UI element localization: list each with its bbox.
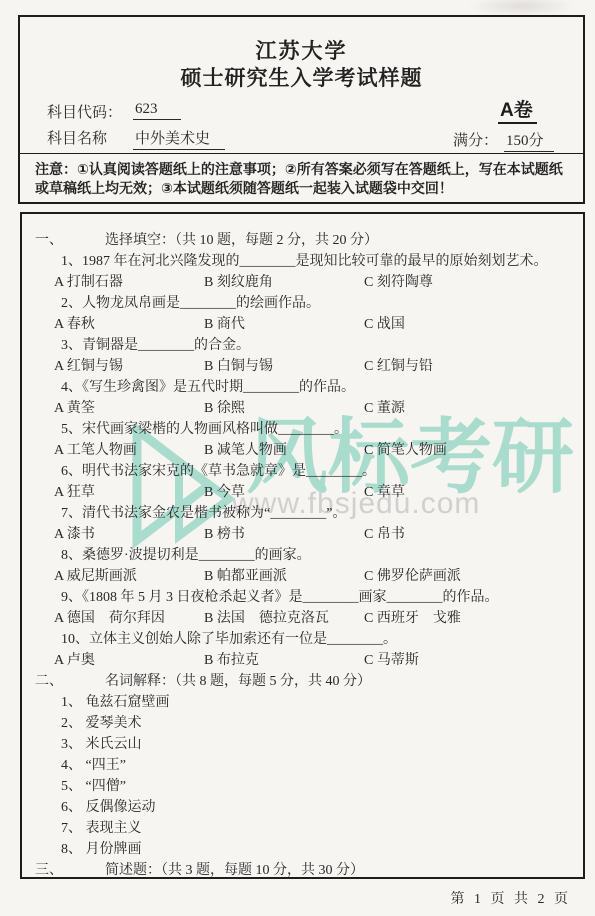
option-a: A 漆书 [54, 524, 204, 545]
option-c: C 刻符陶尊 [364, 272, 433, 293]
option-row: A 狂草B 今草C 章草 [22, 482, 583, 503]
option-a: A 德国 荷尔拜因 [54, 608, 204, 629]
option-c: C 马蒂斯 [364, 650, 419, 671]
option-c: C 红铜与铅 [364, 356, 433, 377]
option-c: C 佛罗伦萨画派 [364, 566, 461, 587]
full-score-label: 满分： [453, 129, 498, 150]
subject-name-label: 科目名称 [47, 127, 107, 148]
subject-code-label: 科目代码： [47, 101, 122, 122]
full-score-value: 150分 [504, 129, 554, 152]
exam-header-box: 江苏大学 硕士研究生入学考试样题 科目代码： 623 A卷 科目名称 中外美术史… [18, 15, 585, 204]
university-name: 江苏大学 [20, 35, 583, 65]
question-text: 8、桑德罗·波提切利是________的画家。 [22, 545, 583, 566]
page-footer: 第 1 页 共 2 页 [451, 888, 572, 908]
option-row: A 工笔人物画B 减笔人物画C 简笔人物画 [22, 440, 583, 461]
option-row: A 黄筌B 徐熙C 董源 [22, 398, 583, 419]
term-item: 8、 月份牌画 [22, 839, 583, 860]
section-number: 一、 [35, 230, 105, 251]
question-text: 6、明代书法家宋克的《草书急就章》是________。 [22, 461, 583, 482]
option-a: A 打制石器 [54, 272, 204, 293]
exam-paper-page: 江苏大学 硕士研究生入学考试样题 科目代码： 623 A卷 科目名称 中外美术史… [0, 0, 595, 916]
option-a: A 红铜与锡 [54, 356, 204, 377]
question-text: 7、清代书法家金农是楷书被称为“________”。 [22, 503, 583, 524]
option-row: A 卢奥B 布拉克C 马蒂斯 [22, 650, 583, 671]
question-text: 10、立体主义创始人除了毕加索还有一位是________。 [22, 629, 583, 650]
option-a: A 狂草 [54, 482, 204, 503]
option-b: B 榜书 [204, 524, 364, 545]
option-b: B 帕都亚画派 [204, 566, 364, 587]
option-row: A 漆书B 榜书C 帛书 [22, 524, 583, 545]
option-row: A 德国 荷尔拜因B 法国 德拉克洛瓦C 西班牙 戈雅 [22, 608, 583, 629]
option-row: A 威尼斯画派B 帕都亚画派C 佛罗伦萨画派 [22, 566, 583, 587]
option-c: C 战国 [364, 314, 405, 335]
option-b: B 刻纹鹿角 [204, 272, 364, 293]
question-text: 1、1987 年在河北兴隆发现的________是现知比较可靠的最早的原始刻划艺… [22, 251, 583, 272]
term-item: 7、 表现主义 [22, 818, 583, 839]
option-a: A 卢奥 [54, 650, 204, 671]
scan-smudge [467, 0, 577, 16]
option-a: A 春秋 [54, 314, 204, 335]
option-c: C 简笔人物画 [364, 440, 447, 461]
option-c: C 帛书 [364, 524, 405, 545]
option-a: A 威尼斯画派 [54, 566, 204, 587]
term-item: 1、 龟兹石窟壁画 [22, 692, 583, 713]
option-row: A 红铜与锡B 白铜与锡C 红铜与铅 [22, 356, 583, 377]
subject-name-value: 中外美术史 [133, 127, 225, 150]
exam-notice: 注意：①认真阅读答题纸上的注意事项；②所有答案必须写在答题纸上，写在本试题纸或草… [35, 160, 575, 198]
section-title: 选择填空：（共 10 题，每题 2 分，共 20 分） [105, 233, 378, 248]
option-a: A 工笔人物画 [54, 440, 204, 461]
option-c: C 西班牙 戈雅 [364, 608, 461, 629]
exam-title: 硕士研究生入学考试样题 [20, 62, 583, 92]
term-item: 5、 “四僧” [22, 776, 583, 797]
option-row: A 打制石器B 刻纹鹿角C 刻符陶尊 [22, 272, 583, 293]
option-b: B 今草 [204, 482, 364, 503]
section-title: 名词解释：（共 8 题，每题 5 分，共 40 分） [105, 674, 371, 689]
question-text: 3、青铜器是________的合金。 [22, 335, 583, 356]
question-text: 2、人物龙凤帛画是________的绘画作品。 [22, 293, 583, 314]
option-row: A 春秋B 商代C 战国 [22, 314, 583, 335]
term-item: 6、 反偶像运动 [22, 797, 583, 818]
question-text: 4、《写生珍禽图》是五代时期________的作品。 [22, 377, 583, 398]
option-b: B 法国 德拉克洛瓦 [204, 608, 364, 629]
section-number: 三、 [35, 860, 105, 881]
section-title: 简述题：（共 3 题，每题 10 分，共 30 分） [105, 863, 364, 878]
option-b: B 白铜与锡 [204, 356, 364, 377]
section-number: 二、 [35, 671, 105, 692]
option-c: C 章草 [364, 482, 405, 503]
option-b: B 商代 [204, 314, 364, 335]
option-c: C 董源 [364, 398, 405, 419]
question-area-box: 一、选择填空：（共 10 题，每题 2 分，共 20 分）1、1987 年在河北… [20, 212, 585, 879]
header-divider [20, 153, 583, 154]
term-item: 3、 米氏云山 [22, 734, 583, 755]
subject-code-value: 623 [133, 101, 181, 120]
section-heading: 二、名词解释：（共 8 题，每题 5 分，共 40 分） [22, 671, 583, 692]
question-text: 5、宋代画家梁楷的人物画风格叫做________。 [22, 419, 583, 440]
section-heading: 三、简述题：（共 3 题，每题 10 分，共 30 分） [22, 860, 583, 881]
question-content: 一、选择填空：（共 10 题，每题 2 分，共 20 分）1、1987 年在河北… [22, 214, 583, 881]
term-item: 4、 “四王” [22, 755, 583, 776]
option-b: B 减笔人物画 [204, 440, 364, 461]
paper-version-badge: A卷 [498, 95, 537, 124]
question-text: 9、《1808 年 5 月 3 日夜枪杀起义者》是________画家_____… [22, 587, 583, 608]
option-a: A 黄筌 [54, 398, 204, 419]
section-heading: 一、选择填空：（共 10 题，每题 2 分，共 20 分） [22, 230, 583, 251]
option-b: B 徐熙 [204, 398, 364, 419]
option-b: B 布拉克 [204, 650, 364, 671]
term-item: 2、 爱琴美术 [22, 713, 583, 734]
